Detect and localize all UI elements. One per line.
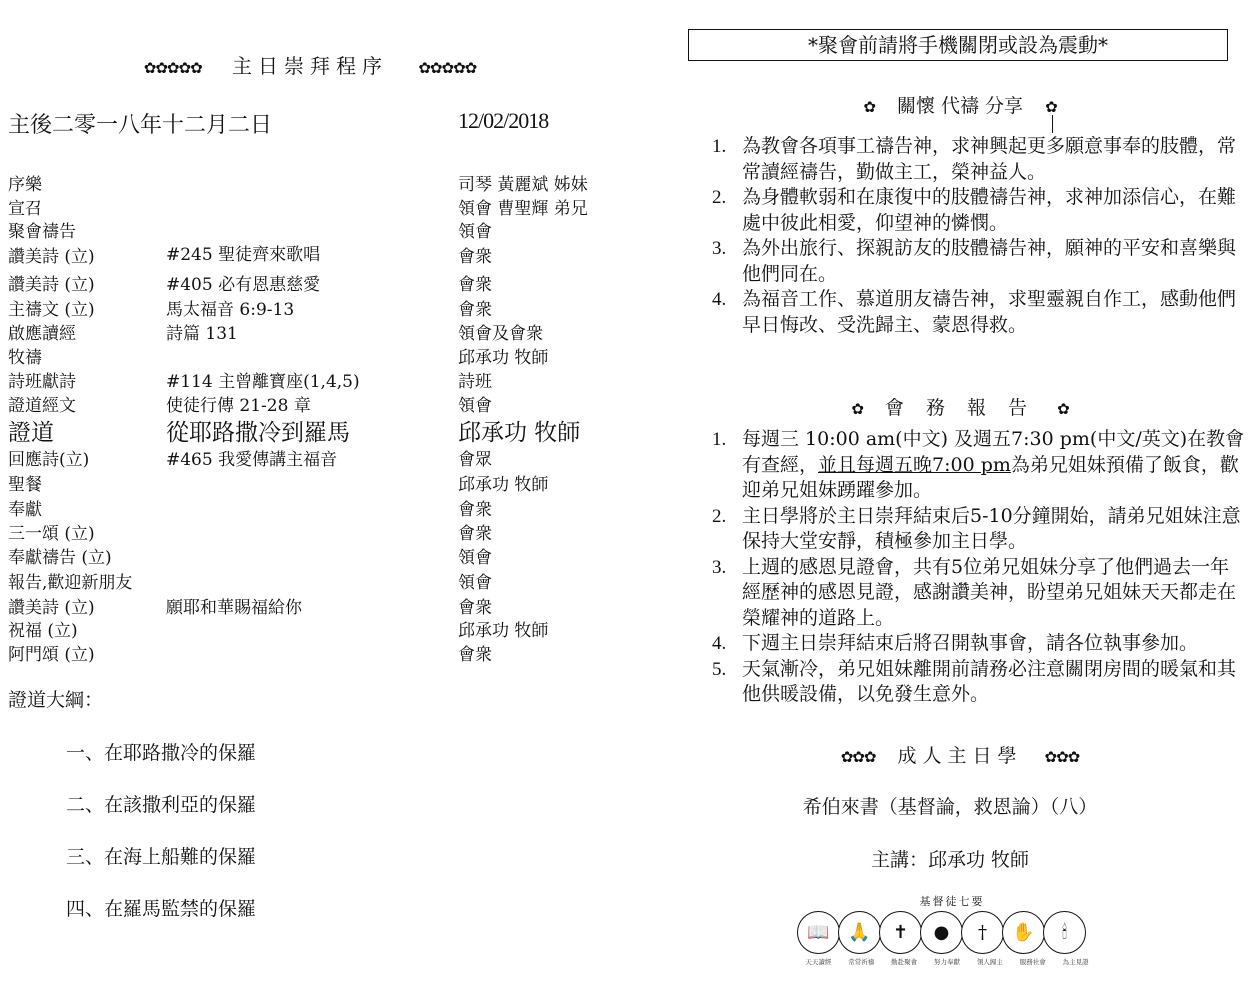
ornament-icon: ✿ <box>851 400 863 418</box>
sermon-outline-title: 證道大綱： <box>8 685 103 712</box>
program-leader: 會衆 <box>458 295 492 320</box>
essential-label: 勤赴聚會 <box>883 957 926 966</box>
program-item: 主禱文 (立) <box>8 295 95 320</box>
program-item: 報告,歡迎新朋友 <box>8 568 132 593</box>
program-leader: 司琴 黃麗斌 姊妹 <box>458 170 588 195</box>
seven-essentials-graphic: 基督徒七要 📖 🙏 ✝ ● † ✋ 🕯 天天讀經 常常祈禱 勤赴聚會 努力奉獻 … <box>797 893 1097 966</box>
program-item: 讚美詩 (立) <box>8 270 95 295</box>
program-leader: 邱承功 牧師 <box>458 470 548 495</box>
prayer-item: 2.為身體軟弱和在康復中的肢體禱告神，求神加添信心，在難處中彼此相愛，仰望神的憐… <box>712 185 1247 236</box>
item-text: 天氣漸冷，弟兄姐妹離開前請務必注意關閉房間的暖氣和其他供暖設備，以免發生意外。 <box>742 658 1236 706</box>
essential-label: 天天讀經 <box>797 957 840 966</box>
program-row: 主禱文 (立)馬太福音 6:9-13會衆 <box>0 295 660 319</box>
prayer-item: 3.為外出旅行、探親訪友的肢體禱告神，願神的平安和喜樂與他們同在。 <box>712 236 1247 287</box>
program-item: 證道 <box>8 414 54 447</box>
announcements-section-title: 會 務 報 告 <box>885 397 1035 419</box>
prayer-section-title: 關懷 代禱 分享 <box>897 95 1023 117</box>
program-leader: 領會 曹聖輝 弟兄 <box>458 194 588 219</box>
church-gathering-icon: ✝ <box>879 911 922 954</box>
text-cursor <box>1052 115 1053 133</box>
ornament-icon: ✿ <box>1045 98 1057 116</box>
program-leader: 領會 <box>458 543 492 568</box>
item-text: 為身體軟弱和在康復中的肢體禱告神，求神加添信心，在難處中彼此相愛，仰望神的憐憫。 <box>742 186 1236 234</box>
sermon-outline-point: 四、在羅馬監禁的保羅 <box>66 894 256 921</box>
program-row: 序樂司琴 黃麗斌 姊妹 <box>0 170 660 194</box>
item-number: 2. <box>712 185 726 211</box>
item-number: 2. <box>712 504 726 530</box>
program-item: 牧禱 <box>8 343 42 368</box>
program-leader: 邱承功 牧師 <box>458 414 580 447</box>
sermon-outline-point: 三、在海上船難的保羅 <box>66 842 256 869</box>
program-row: 詩班獻詩#114 主曾離寶座(1,4,5)詩班 <box>0 367 660 391</box>
program-item: 祝福 (立) <box>8 616 78 641</box>
program-item: 三一頌 (立) <box>8 519 95 544</box>
program-leader: 會衆 <box>458 640 492 665</box>
program-detail: 詩篇 131 <box>166 319 238 344</box>
date-chinese: 主後二零一八年十二月二日 <box>8 108 272 139</box>
program-row: 奉獻禱告 (立)領會 <box>0 543 660 567</box>
essential-label: 常常祈禱 <box>840 957 883 966</box>
program-leader: 會衆 <box>458 270 492 295</box>
program-item: 回應詩(立) <box>8 445 89 470</box>
program-row: 讚美詩 (立)#245 聖徒齊來歌唱會衆 <box>0 242 660 266</box>
prayer-item: 4.為福音工作、慕道朋友禱告神，求聖靈親自作工，感動他們早日悔改、受洗歸主、蒙恩… <box>712 287 1247 338</box>
program-detail: 願耶和華賜福給你 <box>166 593 302 618</box>
announcement-item: 5.天氣漸冷，弟兄姐妹離開前請務必注意關閉房間的暖氣和其他供暖設備，以免發生意外… <box>712 657 1247 708</box>
program-leader: 會衆 <box>458 593 492 618</box>
ornament-icon: ✿✿✿✿✿ <box>144 59 202 77</box>
program-leader: 邱承功 牧師 <box>458 343 548 368</box>
program-item: 宣召 <box>8 194 42 219</box>
program-row: 聖餐邱承功 牧師 <box>0 470 660 494</box>
program-row: 證道經文使徒行傳 21-28 章領會 <box>0 391 660 415</box>
praying-icon: 🙏 <box>838 911 881 954</box>
prayer-section-header: ✿ 關懷 代禱 分享 ✿ <box>690 91 1230 118</box>
item-text: 為外出旅行、探親訪友的肢體禱告神，願神的平安和喜樂與他們同在。 <box>742 237 1236 285</box>
item-number: 1. <box>712 134 726 160</box>
program-detail: #114 主曾離寶座(1,4,5) <box>166 367 360 392</box>
program-item: 阿門頌 (立) <box>8 640 95 665</box>
evangelism-icon: † <box>961 911 1004 954</box>
item-text: 主日學將於主日崇拜結束后5-10分鐘開始，請弟兄姐妹注意保持大堂安靜，積極參加主… <box>742 505 1241 553</box>
program-row: 奉獻會衆 <box>0 495 660 519</box>
item-text: 為教會各項事工禱告神，求神興起更多願意事奉的肢體，常常讀經禱告，勤做主工，榮神益… <box>742 135 1236 183</box>
program-item: 聚會禱告 <box>8 217 76 242</box>
item-text: 下週主日崇拜結束后將召開執事會，請各位執事參加。 <box>742 632 1198 654</box>
bible-reading-icon: 📖 <box>797 911 840 954</box>
program-leader: 會衆 <box>458 519 492 544</box>
ornament-icon: ✿ <box>863 98 875 116</box>
program-row: 報告,歡迎新朋友領會 <box>0 568 660 592</box>
program-row: 牧禱邱承功 牧師 <box>0 343 660 367</box>
essential-label: 領人歸主 <box>968 957 1011 966</box>
essential-label: 為主見證 <box>1054 957 1097 966</box>
ornament-icon: ✿✿✿ <box>1045 748 1080 766</box>
program-detail: #405 必有恩惠慈愛 <box>166 270 320 295</box>
sermon-title: 從耶路撒冷到羅馬 <box>166 414 350 447</box>
program-row: 讚美詩 (立)#405 必有恩惠慈愛會衆 <box>0 270 660 294</box>
program-item: 讚美詩 (立) <box>8 593 95 618</box>
program-leader: 領會及會衆 <box>458 319 543 344</box>
sunday-school-title: 成人主日學 <box>897 745 1022 767</box>
program-detail: #245 聖徒齊來歌唱 <box>166 240 320 265</box>
ornament-icon: ✿✿✿✿✿ <box>418 59 476 77</box>
item-text-underlined: 並且每週五晚7:00 pm <box>818 454 1011 476</box>
item-text: 上週的感恩見證會，共有5位弟兄姐妹分享了他們過去一年經歷神的感恩見證，感謝讚美神… <box>742 556 1236 629</box>
item-number: 4. <box>712 631 726 657</box>
date-numeric: 12/02/2018 <box>458 108 548 134</box>
announcements-section-header: ✿ 會 務 報 告 ✿ <box>690 393 1230 420</box>
program-leader: 邱承功 牧師 <box>458 616 548 641</box>
program-row: 三一頌 (立)會衆 <box>0 519 660 543</box>
program-leader: 會眾 <box>458 445 492 470</box>
program-leader: 領會 <box>458 568 492 593</box>
item-number: 4. <box>712 287 726 313</box>
program-row-sermon: 證道從耶路撒冷到羅馬邱承功 牧師 <box>0 414 660 438</box>
sermon-outline-point: 一、在耶路撒冷的保羅 <box>66 738 256 765</box>
program-row: 聚會禱告領會 <box>0 217 660 241</box>
program-leader: 領會 <box>458 391 492 416</box>
program-item: 證道經文 <box>8 391 76 416</box>
service-icon: ✋ <box>1002 911 1045 954</box>
program-row: 啟應讀經詩篇 131領會及會衆 <box>0 319 660 343</box>
item-number: 5. <box>712 657 726 683</box>
program-item: 啟應讀經 <box>8 319 76 344</box>
worship-order-header: ✿✿✿✿✿ 主日崇拜程序 ✿✿✿✿✿ <box>0 50 620 79</box>
program-leader: 會衆 <box>458 495 492 520</box>
program-item: 詩班獻詩 <box>8 367 76 392</box>
seven-essentials-icons: 📖 🙏 ✝ ● † ✋ 🕯 <box>797 911 1097 954</box>
phone-notice-box: *聚會前請將手機關閉或設為震動* <box>688 29 1228 61</box>
item-text: 為福音工作、慕道朋友禱告神，求聖靈親自作工，感動他們早日悔改、受洗歸主、蒙恩得救… <box>742 288 1236 336</box>
announcements-list: 1.每週三 10:00 am(中文) 及週五7:30 pm(中文/英文)在教會有… <box>712 427 1247 708</box>
program-detail: 使徒行傳 21-28 章 <box>166 391 311 416</box>
program-leader: 領會 <box>458 217 492 242</box>
announcement-item: 1.每週三 10:00 am(中文) 及週五7:30 pm(中文/英文)在教會有… <box>712 427 1247 504</box>
program-item: 奉獻禱告 (立) <box>8 543 112 568</box>
prayer-list: 1.為教會各項事工禱告神，求神興起更多願意事奉的肢體，常常讀經禱告，勤做主工，榮… <box>712 134 1247 338</box>
announcement-item: 4.下週主日崇拜結束后將召開執事會，請各位執事參加。 <box>712 631 1247 657</box>
program-row: 阿門頌 (立)會衆 <box>0 640 660 664</box>
essential-label: 努力奉獻 <box>926 957 969 966</box>
program-item: 讚美詩 (立) <box>8 242 95 267</box>
program-item: 聖餐 <box>8 470 42 495</box>
sunday-school-header: ✿✿✿ 成人主日學 ✿✿✿ <box>690 741 1230 768</box>
program-row: 宣召領會 曹聖輝 弟兄 <box>0 194 660 218</box>
worship-order-title: 主日崇拜程序 <box>232 54 388 78</box>
candle-witness-icon: 🕯 <box>1043 911 1086 954</box>
offering-icon: ● <box>920 911 963 954</box>
announcement-item: 3.上週的感恩見證會，共有5位弟兄姐妹分享了他們過去一年經歷神的感恩見證，感謝讚… <box>712 555 1247 632</box>
ornament-icon: ✿ <box>1057 400 1069 418</box>
program-detail: 馬太福音 6:9-13 <box>166 295 294 320</box>
sunday-school-course: 希伯來書（基督論，救恩論）（八） <box>690 792 1210 819</box>
seven-essentials-labels: 天天讀經 常常祈禱 勤赴聚會 努力奉獻 領人歸主 服務社會 為主見證 <box>797 957 1097 966</box>
program-item: 序樂 <box>8 170 42 195</box>
program-detail: #465 我愛傳講主福音 <box>166 445 337 470</box>
program-item: 奉獻 <box>8 495 42 520</box>
announcement-item: 2.主日學將於主日崇拜結束后5-10分鐘開始，請弟兄姐妹注意保持大堂安靜，積極參… <box>712 504 1247 555</box>
program-row: 回應詩(立)#465 我愛傳講主福音會眾 <box>0 445 660 469</box>
seven-essentials-title: 基督徒七要 <box>807 893 1097 909</box>
program-row: 祝福 (立)邱承功 牧師 <box>0 616 660 640</box>
item-number: 3. <box>712 555 726 581</box>
prayer-item: 1.為教會各項事工禱告神，求神興起更多願意事奉的肢體，常常讀經禱告，勤做主工，榮… <box>712 134 1247 185</box>
item-number: 1. <box>712 427 726 453</box>
program-leader: 詩班 <box>458 367 492 392</box>
program-row: 讚美詩 (立)願耶和華賜福給你會衆 <box>0 593 660 617</box>
ornament-icon: ✿✿✿ <box>841 748 876 766</box>
program-leader: 會衆 <box>458 242 492 267</box>
item-number: 3. <box>712 236 726 262</box>
sunday-school-speaker: 主講：邱承功 牧師 <box>690 845 1210 872</box>
sermon-outline-point: 二、在該撒利亞的保羅 <box>66 790 256 817</box>
essential-label: 服務社會 <box>1011 957 1054 966</box>
